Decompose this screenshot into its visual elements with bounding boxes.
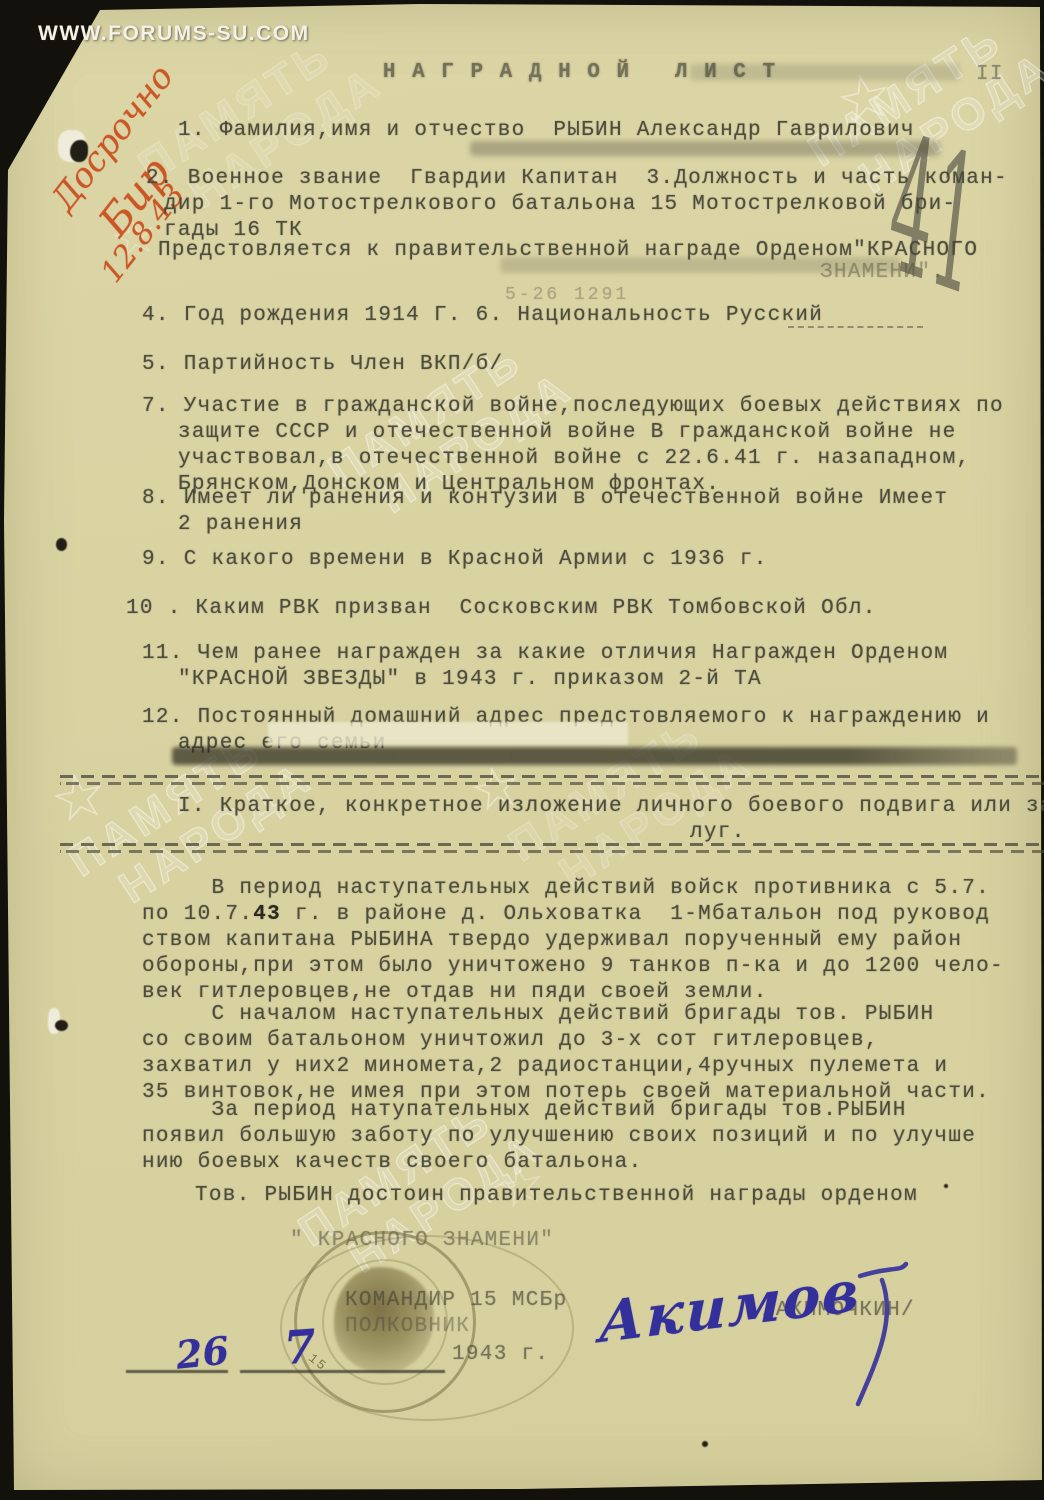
- ink-smudge: [500, 257, 900, 273]
- body-line: ством капитана РЫБИНА твердо удерживал п…: [142, 928, 1004, 954]
- paper-speck: [702, 1441, 708, 1447]
- separator-line: [60, 775, 1044, 785]
- page-mark: II: [976, 62, 1004, 88]
- overstruck-number: 43: [253, 903, 281, 926]
- field-line: 7. Участие в гражданской войне,последующ…: [142, 394, 1004, 420]
- field-army-since: 9. С какого времени в Красной Армии с 19…: [142, 547, 768, 573]
- field-drafted-by: 10 . Каким РВК призван Сосковским РВК То…: [126, 596, 877, 622]
- conclusion-line: Тов. РЫБИН достоин правительственной наг…: [195, 1183, 918, 1209]
- erased-area: [268, 722, 628, 746]
- body-line: С началом наступательных действий бригад…: [142, 1002, 990, 1028]
- citation-paragraph-2: С началом наступательных действий бригад…: [142, 1002, 990, 1106]
- body-line-part: г. в районе д. Ольховатка 1-Мбатальон по…: [281, 903, 990, 926]
- citation-paragraph-3: За период натупательных действий бригады…: [142, 1098, 976, 1176]
- date-underline: [240, 1352, 445, 1373]
- field-line: участвовал,в отечественной войне с 22.6.…: [142, 446, 1004, 472]
- paper-speck: [944, 1184, 948, 1188]
- signature-flourish: [820, 1258, 910, 1408]
- field-birth-nationality: 4. Год рождения 1914 Г. 6. Национальност…: [142, 303, 823, 329]
- body-line: нию боевых качеств своего батальона.: [142, 1150, 976, 1176]
- body-line: по 10.7.43 г. в районе д. Ольховатка 1-М…: [142, 902, 1004, 928]
- ink-smudge: [690, 64, 960, 81]
- body-line: В период наступательных действий войск п…: [142, 876, 1004, 902]
- redacted-address-smudge: [172, 747, 1017, 765]
- ink-smudge: [470, 141, 940, 156]
- body-line: появил большую заботу по улучшению своих…: [142, 1124, 976, 1150]
- commander-title-line: КОМАНДИР 15 МСБр: [345, 1288, 567, 1314]
- section-heading: I. Краткое, конкретное изложение личного…: [178, 794, 1044, 820]
- typed-year: 1943 г.: [452, 1342, 549, 1368]
- citation-paragraph-1: В период наступательных действий войск п…: [142, 876, 1004, 1006]
- field-line: 11. Чем ранее награжден за какие отличия…: [142, 641, 948, 667]
- field-previous-awards: 11. Чем ранее награжден за какие отличия…: [142, 641, 948, 693]
- field-line: защите СССР и отечественной войне В граж…: [142, 420, 1004, 446]
- separator-line: [60, 843, 1044, 853]
- field-line: "КРАСНОЙ ЗВЕЗДЫ" в 1943 г. приказом 2-й …: [142, 667, 948, 693]
- scanned-award-document: ПАМЯТЬНАРОДА ПАМЯТЬНАРОДА ПАМЯТЬНАРОДА П…: [0, 0, 1044, 1500]
- body-line: За период натупательных действий бригады…: [142, 1098, 976, 1124]
- field-line: дир 1-го Мотострелкового батальона 15 Мо…: [146, 192, 1008, 218]
- field-party: 5. Партийность Член ВКП/б/: [142, 352, 503, 378]
- body-line-part: по 10.7.: [142, 903, 253, 926]
- date-underline: [126, 1352, 228, 1373]
- field-war-participation: 7. Участие в гражданской войне,последующ…: [142, 394, 1004, 498]
- paper-speck: [55, 1020, 68, 1031]
- field-line: 2. Военное звание Гвардии Капитан 3.Долж…: [146, 166, 1008, 192]
- underline-mark: [788, 310, 923, 328]
- field-wounds: 8. Имеет ли ранения и контузии в отечест…: [142, 486, 948, 538]
- field-line: 8. Имеет ли ранения и контузии в отечест…: [142, 486, 948, 512]
- body-line: со своим батальоном уничтожил до 3-х сот…: [142, 1028, 990, 1054]
- commander-rank-line: ПОЛКОВНИК: [345, 1314, 470, 1340]
- field-rank-position: 2. Военное звание Гвардии Капитан 3.Долж…: [146, 166, 1008, 244]
- paper-speck: [56, 538, 67, 551]
- body-line: обороны,при этом было уничтожено 9 танко…: [142, 954, 1004, 980]
- site-watermark: WWW.FORUMS-SU.COM: [38, 22, 310, 46]
- body-line: захватил у них2 миномета,2 радиостанции,…: [142, 1054, 990, 1080]
- field-line: 2 ранения: [142, 512, 948, 538]
